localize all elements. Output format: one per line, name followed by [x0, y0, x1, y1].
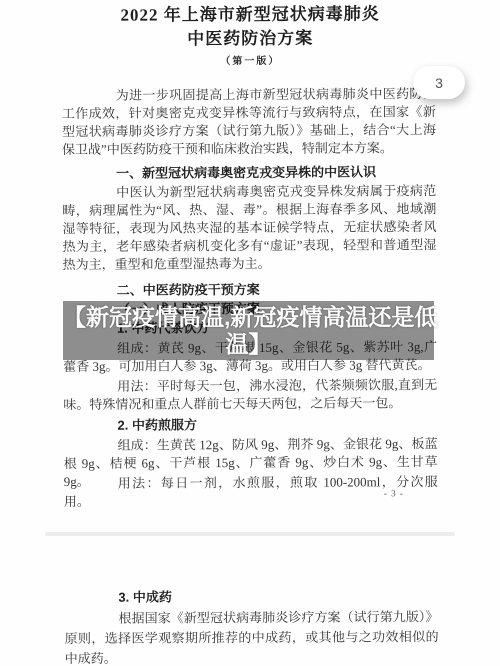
- caption-text-line1: 【新冠疫情高温,新冠疫情高温还是低: [63, 304, 434, 331]
- doc-text-block: 根据国家《新型冠状病毒肺炎诊疗方案（试行第九版）》原则，选择医学观察期所推荐的中…: [64, 607, 438, 666]
- page-indicator-badge[interactable]: 3: [413, 66, 465, 99]
- document-viewer[interactable]: 2022 年上海市新型冠状病毒肺炎 中医药防治方案 （第一版） 为进一步巩固提高…: [0, 0, 500, 666]
- caption-overlay-band: 【新冠疫情高温,新冠疫情高温还是低 温】: [63, 301, 434, 360]
- doc-text-block: 3. 中成药: [64, 587, 438, 607]
- caption-text-line2: 温】: [63, 331, 434, 358]
